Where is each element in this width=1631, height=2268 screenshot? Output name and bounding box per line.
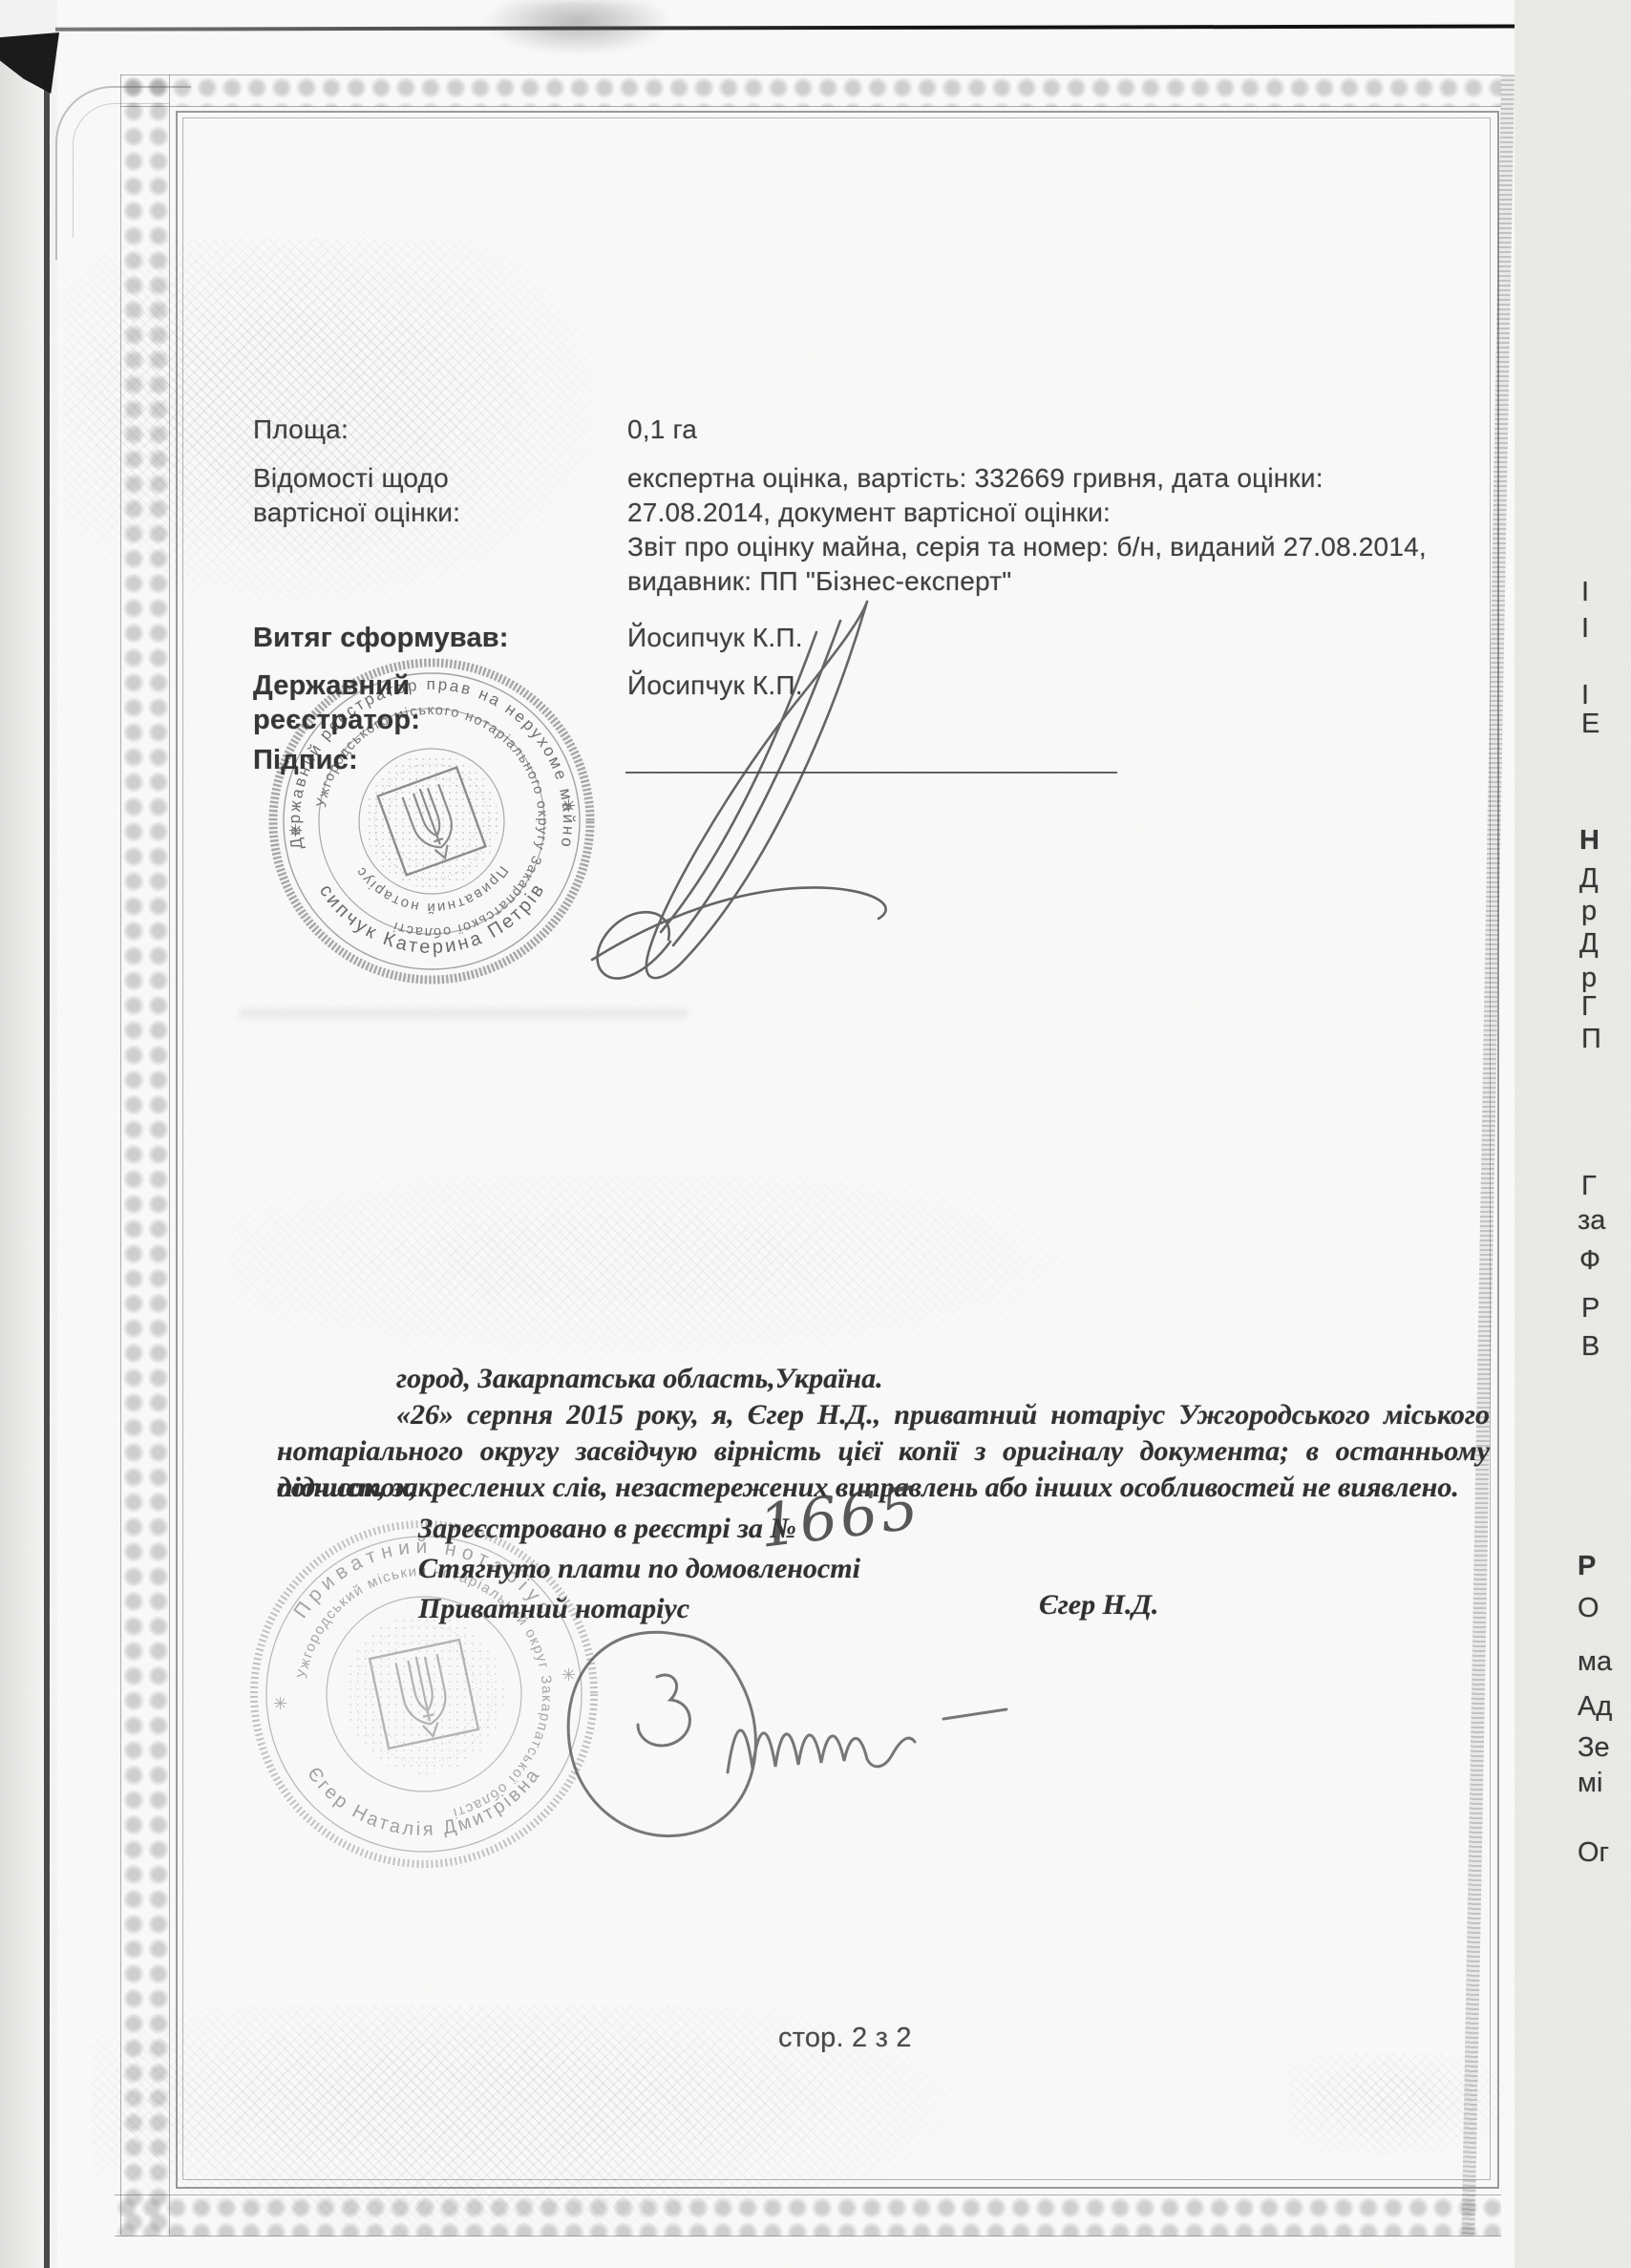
registrar-signature (592, 602, 886, 979)
handwritten-registry-number: 1665 (755, 1473, 924, 1561)
scanned-document-page: Державний реєстратор прав на нерухоме ма… (0, 0, 1631, 2268)
notary-signature (568, 1632, 1006, 1835)
handwriting-overlay: 1665 (0, 0, 1631, 2268)
